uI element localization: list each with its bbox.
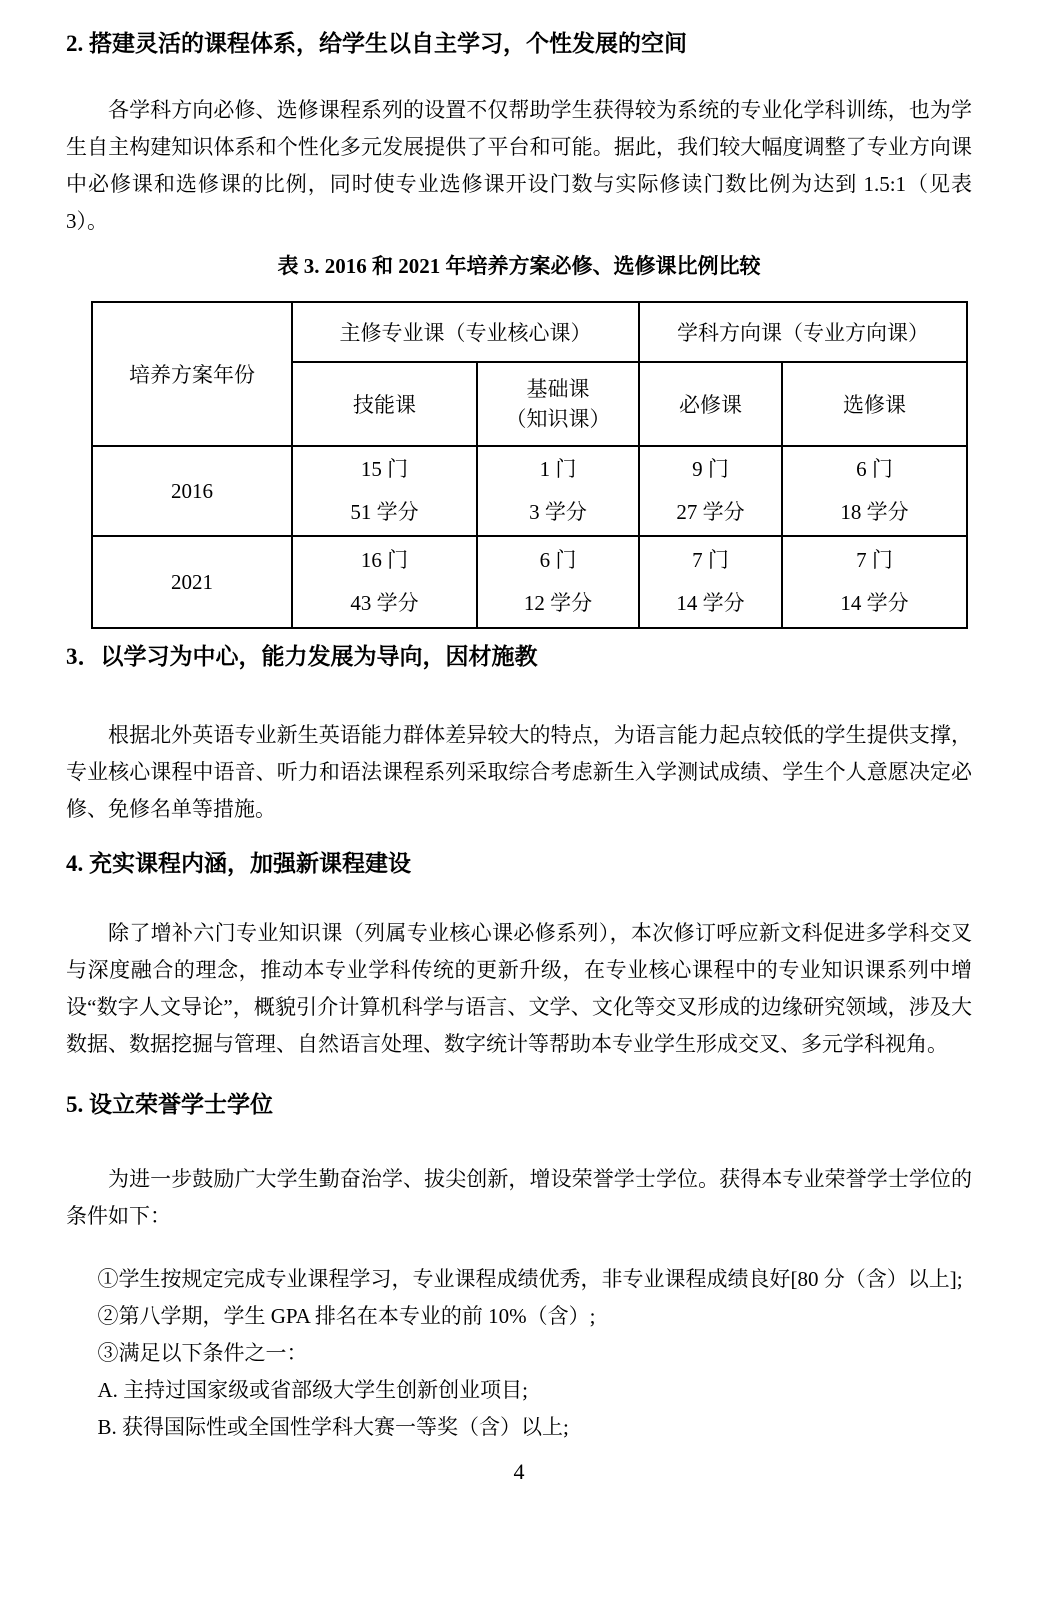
page-number: 4: [66, 1458, 972, 1486]
cell-2016-skill-credits: 51 学分: [293, 491, 476, 534]
honor-condition-2: ②第八学期，学生 GPA 排名在本专业的前 10%（含）;: [66, 1298, 972, 1335]
honor-condition-3: ③满足以下条件之一：: [66, 1335, 972, 1372]
honor-degree-conditions: ①学生按规定完成专业课程学习，专业课程成绩优秀，非专业课程成绩良好[80 分（含…: [66, 1261, 972, 1446]
paragraph-section-3: 根据北外英语专业新生英语能力群体差异较大的特点，为语言能力起点较低的学生提供支撑…: [66, 717, 972, 828]
honor-condition-3b: B. 获得国际性或全国性学科大赛一等奖（含）以上;: [66, 1409, 972, 1446]
table-header-year: 培养方案年份: [92, 302, 292, 446]
cell-2016-elective: 6 门 18 学分: [782, 446, 967, 536]
cell-2016-elective-courses: 6 门: [783, 448, 966, 491]
cell-2021-required-courses: 7 门: [640, 539, 781, 582]
cell-2021-skill-credits: 43 学分: [293, 582, 476, 625]
table-header-foundation: 基础课 （知识课）: [477, 362, 639, 446]
cell-2021-elective: 7 门 14 学分: [782, 536, 967, 628]
cell-2016-foundation-credits: 3 学分: [478, 491, 638, 534]
table-row-2016: 2016 15 门 51 学分 1 门 3 学分 9 门 27 学分 6 门 1…: [92, 446, 967, 536]
heading-section-2: 2. 搭建灵活的课程体系，给学生以自主学习，个性发展的空间: [66, 28, 972, 60]
curriculum-comparison-table: 培养方案年份 主修专业课（专业核心课） 学科方向课（专业方向课） 技能课 基础课…: [91, 301, 968, 629]
cell-2021-skill-courses: 16 门: [293, 539, 476, 582]
table-header-direction-group: 学科方向课（专业方向课）: [639, 302, 967, 362]
cell-2021-skill: 16 门 43 学分: [292, 536, 477, 628]
table-header-foundation-line2: （知识课）: [478, 404, 638, 434]
cell-2016-required-credits: 27 学分: [640, 491, 781, 534]
cell-2016-foundation-courses: 1 门: [478, 448, 638, 491]
heading-section-3: 3．以学习为中心，能力发展为导向，因材施教: [66, 641, 972, 673]
cell-2016-elective-credits: 18 学分: [783, 491, 966, 534]
cell-2016-required-courses: 9 门: [640, 448, 781, 491]
table-header-elective: 选修课: [782, 362, 967, 446]
cell-year-2021: 2021: [92, 536, 292, 628]
cell-2021-foundation-credits: 12 学分: [478, 582, 638, 625]
cell-2021-foundation-courses: 6 门: [478, 539, 638, 582]
cell-2021-required: 7 门 14 学分: [639, 536, 782, 628]
cell-2016-required: 9 门 27 学分: [639, 446, 782, 536]
honor-condition-1: ①学生按规定完成专业课程学习，专业课程成绩优秀，非专业课程成绩良好[80 分（含…: [66, 1261, 972, 1298]
table-header-required: 必修课: [639, 362, 782, 446]
table-header-foundation-line1: 基础课: [478, 374, 638, 404]
cell-2016-foundation: 1 门 3 学分: [477, 446, 639, 536]
honor-condition-3a: A. 主持过国家级或省部级大学生创新创业项目;: [66, 1372, 972, 1409]
cell-year-2016: 2016: [92, 446, 292, 536]
heading-section-5: 5. 设立荣誉学士学位: [66, 1089, 972, 1121]
table-header-skill: 技能课: [292, 362, 477, 446]
cell-2016-skill: 15 门 51 学分: [292, 446, 477, 536]
cell-2016-skill-courses: 15 门: [293, 448, 476, 491]
paragraph-section-5: 为进一步鼓励广大学生勤奋治学、拔尖创新，增设荣誉学士学位。获得本专业荣誉学士学位…: [66, 1161, 972, 1235]
paragraph-section-2: 各学科方向必修、选修课程系列的设置不仅帮助学生获得较为系统的专业化学科训练，也为…: [66, 92, 972, 240]
heading-section-4: 4. 充实课程内涵，加强新课程建设: [66, 848, 972, 880]
table-title: 表 3. 2016 和 2021 年培养方案必修、选修课比例比较: [66, 248, 972, 285]
document-page: 2. 搭建灵活的课程体系，给学生以自主学习，个性发展的空间 各学科方向必修、选修…: [0, 0, 1050, 1600]
cell-2021-required-credits: 14 学分: [640, 582, 781, 625]
cell-2021-elective-courses: 7 门: [783, 539, 966, 582]
table-header-core-group: 主修专业课（专业核心课）: [292, 302, 639, 362]
cell-2021-elective-credits: 14 学分: [783, 582, 966, 625]
cell-2021-foundation: 6 门 12 学分: [477, 536, 639, 628]
table-row-2021: 2021 16 门 43 学分 6 门 12 学分 7 门 14 学分 7 门 …: [92, 536, 967, 628]
paragraph-section-4: 除了增补六门专业知识课（列属专业核心课必修系列），本次修订呼应新文科促进多学科交…: [66, 915, 972, 1063]
